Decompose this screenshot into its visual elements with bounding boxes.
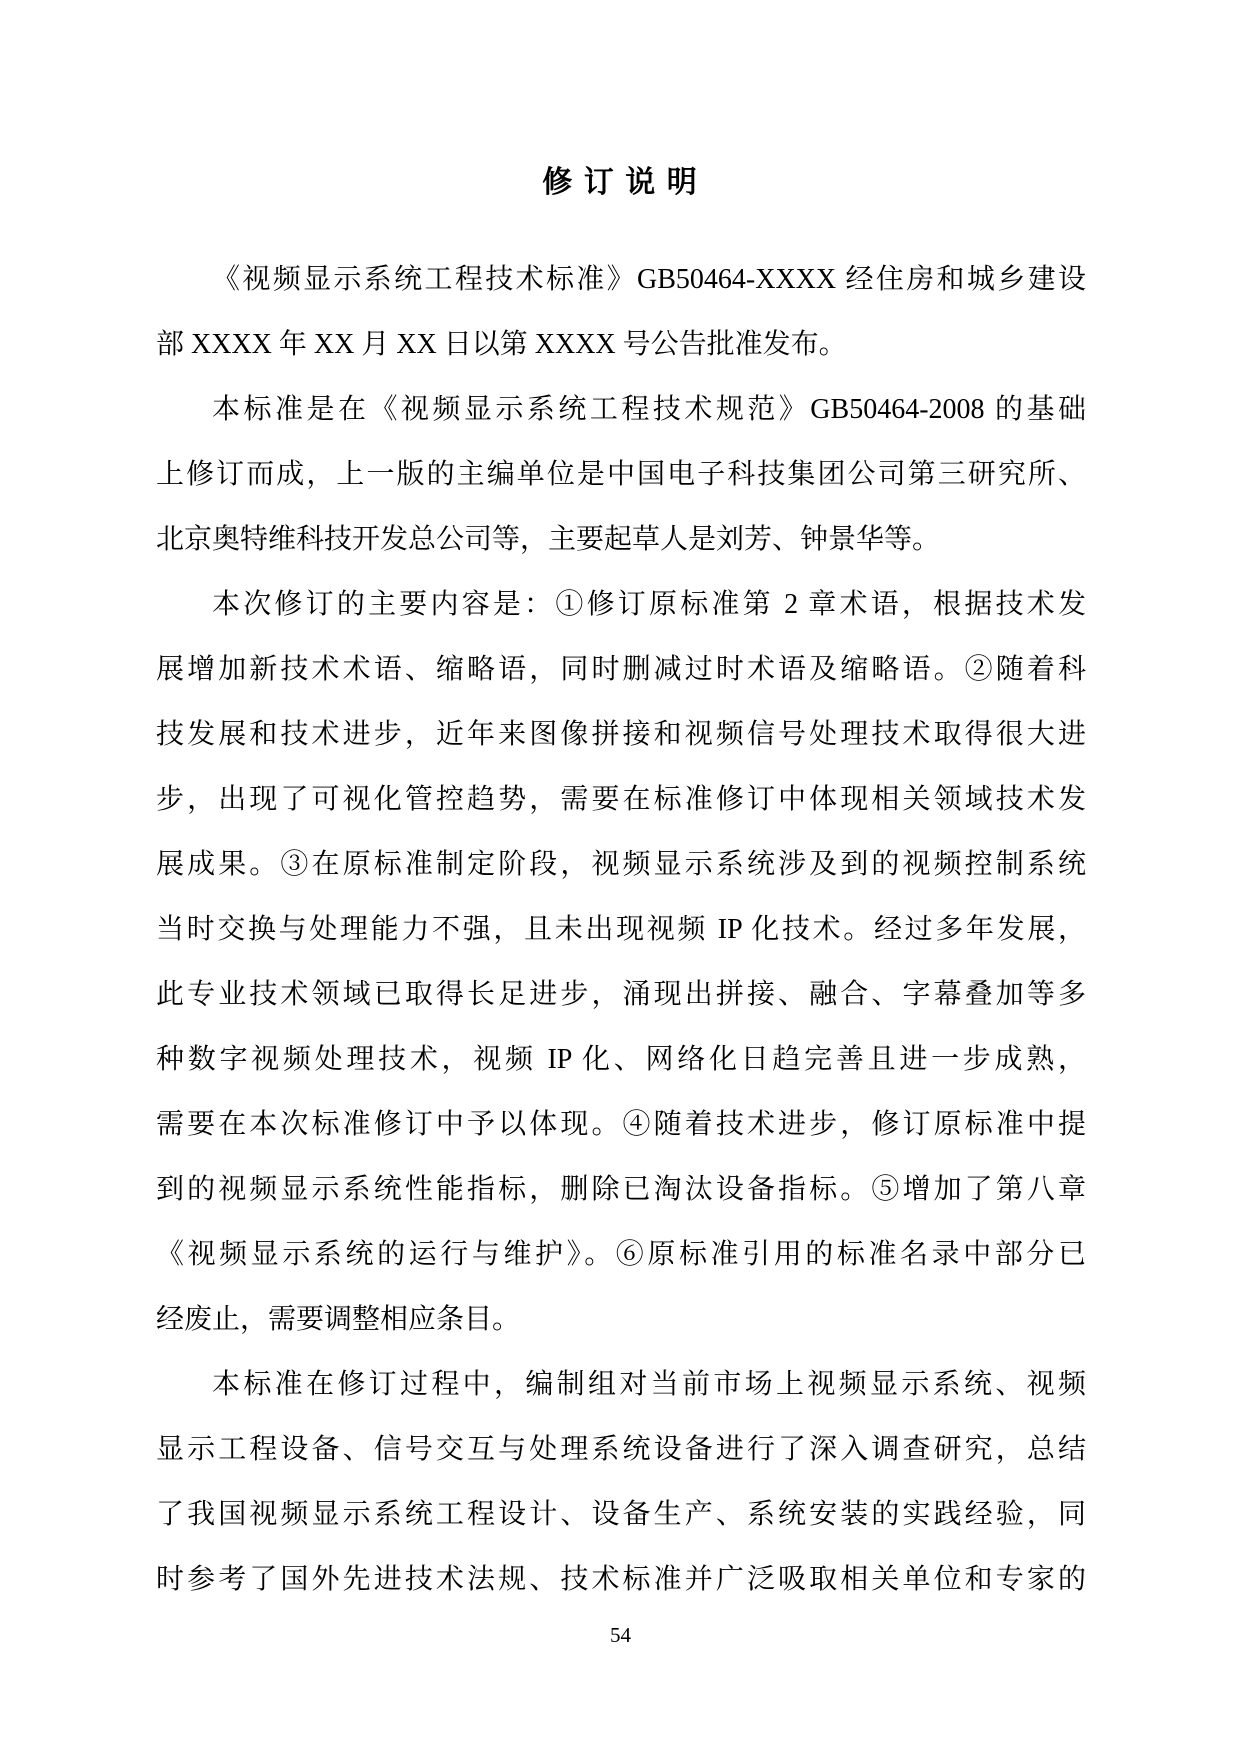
- text-line: 需要在本次标准修订中予以体现。④随着技术进步，修订原标准中提: [156, 1092, 1086, 1157]
- text-line: 《视频显示系统的运行与维护》。⑥原标准引用的标准名录中部分已: [156, 1222, 1086, 1287]
- document-page: 修 订 说 明 《视频显示系统工程技术标准》GB50464-XXXX 经住房和城…: [0, 0, 1241, 1754]
- text-line: 种数字视频处理技术，视频 IP 化、网络化日趋完善且进一步成熟，: [156, 1027, 1086, 1092]
- text-line: 步，出现了可视化管控趋势，需要在标准修订中体现相关领域技术发: [156, 767, 1086, 832]
- text-line: 当时交换与处理能力不强，且未出现视频 IP 化技术。经过多年发展，: [156, 897, 1086, 962]
- text-line: 北京奥特维科技开发总公司等，主要起草人是刘芳、钟景华等。: [156, 507, 1086, 572]
- page-title: 修 订 说 明: [0, 150, 1241, 215]
- text-line: 本标准在修订过程中，编制组对当前市场上视频显示系统、视频: [156, 1352, 1086, 1417]
- text-line: 此专业技术领域已取得长足进步，涌现出拼接、融合、字幕叠加等多: [156, 962, 1086, 1027]
- text-line: 经废止，需要调整相应条目。: [156, 1287, 1086, 1352]
- text-line: 《视频显示系统工程技术标准》GB50464-XXXX 经住房和城乡建设: [156, 247, 1086, 312]
- document-body: 《视频显示系统工程技术标准》GB50464-XXXX 经住房和城乡建设部 XXX…: [156, 247, 1086, 1612]
- text-line: 本次修订的主要内容是：①修订原标准第 2 章术语，根据技术发: [156, 572, 1086, 637]
- text-line: 显示工程设备、信号交互与处理系统设备进行了深入调查研究，总结: [156, 1417, 1086, 1482]
- text-line: 时参考了国外先进技术法规、技术标准并广泛吸取相关单位和专家的: [156, 1547, 1086, 1612]
- page-number: 54: [0, 1620, 1241, 1650]
- text-line: 部 XXXX 年 XX 月 XX 日以第 XXXX 号公告批准发布。: [156, 312, 1086, 377]
- text-line: 本标准是在《视频显示系统工程技术规范》GB50464-2008 的基础: [156, 377, 1086, 442]
- text-line: 到的视频显示系统性能指标，删除已淘汰设备指标。⑤增加了第八章: [156, 1157, 1086, 1222]
- text-line: 展增加新技术术语、缩略语，同时删减过时术语及缩略语。②随着科: [156, 637, 1086, 702]
- text-line: 技发展和技术进步，近年来图像拼接和视频信号处理技术取得很大进: [156, 702, 1086, 767]
- text-line: 展成果。③在原标准制定阶段，视频显示系统涉及到的视频控制系统: [156, 832, 1086, 897]
- text-line: 上修订而成，上一版的主编单位是中国电子科技集团公司第三研究所、: [156, 442, 1086, 507]
- text-line: 了我国视频显示系统工程设计、设备生产、系统安装的实践经验，同: [156, 1482, 1086, 1547]
